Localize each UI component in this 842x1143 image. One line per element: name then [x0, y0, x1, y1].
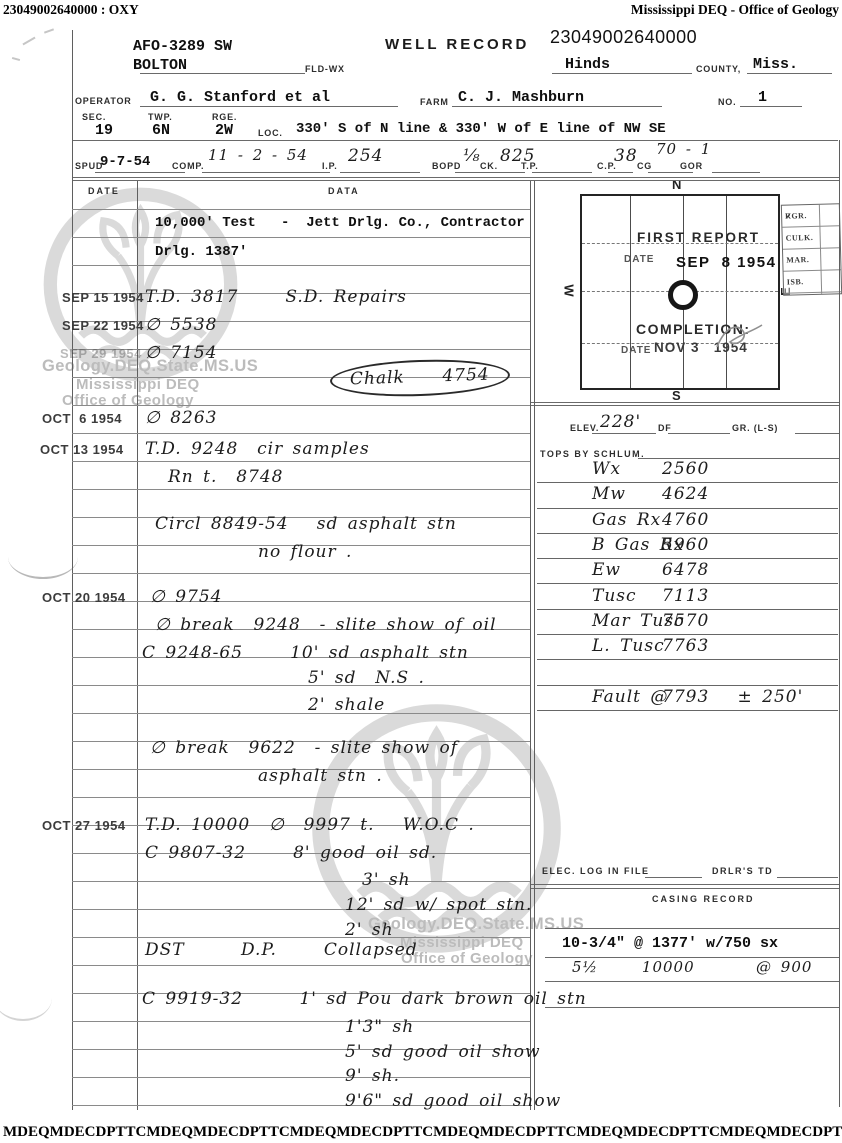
- form-rule-line: [95, 172, 185, 173]
- log-rule-line: [72, 237, 530, 238]
- tops-row: Wx2560: [537, 457, 838, 483]
- api-number: 23049002640000: [550, 27, 697, 48]
- log-entry-text: 2' sh: [345, 920, 394, 940]
- log-entry-text: ∅ 8263: [145, 408, 217, 428]
- operator-label: OPERATOR: [75, 96, 132, 106]
- footer-token: PTTC: [680, 1124, 720, 1141]
- scan-header-right: Mississippi DEQ - Office of Geology: [631, 2, 839, 18]
- form-rule-line: [530, 405, 840, 406]
- ip-value: 254: [348, 146, 383, 166]
- twp-label: TWP.: [148, 112, 173, 122]
- log-entry-text: 2' shale: [308, 695, 385, 715]
- log-date-stamp: OCT 6 1954: [42, 411, 122, 426]
- operator-name: G. G. Stanford et al: [150, 89, 330, 106]
- log-entry-text: ∅ 9754: [150, 587, 222, 607]
- form-border-line: [72, 30, 73, 1110]
- form-rule-line: [72, 177, 840, 178]
- gor-value: 70 - 1: [656, 140, 711, 158]
- well-no-label: NO.: [718, 97, 736, 107]
- routing-stamp-box: RGR.✓CULK.MAR.ISB.: [781, 203, 842, 296]
- loc-value: 330' S of N line & 330' W of E line of N…: [296, 121, 666, 137]
- tops-row: Fault @7793 ± 250': [537, 685, 838, 711]
- footer-token: MDECD: [766, 1124, 823, 1141]
- log-rule-line: [72, 573, 530, 574]
- routing-row: ISB.: [784, 270, 842, 293]
- log-entry-text: Drlg. 1387': [155, 244, 247, 260]
- log-entry-text: ∅ break 9248 - slite show of oil: [155, 615, 497, 635]
- form-rule-line: [530, 888, 840, 889]
- log-entry-text: C 9807-32 8' good oil sd.: [145, 843, 437, 863]
- well-location-marker: [668, 280, 698, 310]
- formation-name: Fault @: [592, 687, 668, 707]
- form-rule-line: [645, 877, 702, 878]
- footer-token: MDEQ: [290, 1124, 337, 1141]
- form-rule-line: [530, 884, 840, 885]
- formation-depth: 7793 ± 250': [662, 687, 803, 707]
- footer-token: MDECD: [623, 1124, 680, 1141]
- tops-row: Gas Rx4760: [537, 508, 838, 534]
- log-entry-text: ∅ 5538: [145, 315, 217, 335]
- casing-string-1: 10-3/4" @ 1377' w/750 sx: [562, 935, 778, 952]
- rge-value: 2W: [215, 122, 233, 139]
- log-entry-text: 10,000' Test - Jett Drlg. Co., Contracto…: [155, 215, 525, 231]
- scan-header-left: 23049002640000 : OXY: [3, 2, 139, 18]
- pencil-mark: [22, 37, 35, 46]
- formation-name: L. Tusc: [592, 636, 665, 656]
- log-rule-line: [72, 265, 530, 266]
- footer-token: MDEQ: [720, 1124, 767, 1141]
- scanned-well-record-page: 23049002640000 : OXY Mississippi DEQ - O…: [0, 0, 842, 1143]
- form-rule-line: [140, 73, 305, 74]
- formation-name: Gas Rx: [592, 510, 661, 530]
- formation-depth: 7570: [662, 611, 709, 631]
- log-data-header: DATA: [328, 186, 360, 196]
- footer-token: PTTC: [250, 1124, 290, 1141]
- df-label: DF: [658, 423, 672, 433]
- log-entry-text: ∅ break 9622 - slite show of: [150, 738, 458, 758]
- pencil-mark: [12, 57, 20, 61]
- routing-row: CULK.: [782, 226, 840, 249]
- log-date-stamp: SEP 15 1954: [62, 290, 144, 305]
- form-rule-line: [202, 172, 330, 173]
- log-rule-line: [72, 461, 530, 462]
- chalk-annotation-oval: Chalk 4754: [329, 357, 510, 399]
- spud-value: 9-7-54: [100, 154, 150, 170]
- plat-grid-line: [630, 196, 631, 388]
- log-rule-line: [72, 601, 530, 602]
- log-rule-line: [72, 797, 530, 798]
- spud-label: SPUD: [75, 161, 103, 171]
- signature-scribble: [695, 303, 765, 376]
- formation-name: Mw: [592, 484, 626, 504]
- form-rule-line: [777, 877, 838, 878]
- log-rule-line: [72, 1077, 530, 1078]
- well-no-value: 1: [758, 89, 767, 106]
- log-rule-line: [72, 1021, 530, 1022]
- rge-label: RGE.: [212, 112, 237, 122]
- drlrs-td-label: DRLR'S TD: [712, 866, 773, 876]
- form-rule-line: [712, 172, 760, 173]
- log-rule-line: [72, 713, 530, 714]
- form-rule-line: [140, 106, 398, 107]
- log-entry-text: C 9919-32 1' sd Pou dark brown oil stn: [142, 989, 587, 1009]
- form-rule-line: [740, 106, 802, 107]
- form-title: WELL RECORD: [385, 36, 529, 53]
- routing-check-mark: ✓: [785, 211, 792, 220]
- state-name: Miss.: [753, 56, 798, 73]
- formation-depth: 4760: [662, 510, 709, 530]
- footer-token: MDECD: [193, 1124, 250, 1141]
- tops-row: B Gas Rx5960: [537, 533, 838, 559]
- tops-row: Mw4624: [537, 482, 838, 508]
- form-rule-line: [530, 402, 840, 403]
- routing-row-label: CULK.: [786, 233, 814, 243]
- footer-token: MDECD: [50, 1124, 107, 1141]
- log-entry-text: T.D. 9248 cir samples: [145, 439, 370, 459]
- form-rule-line: [592, 433, 656, 434]
- field-name: BOLTON: [133, 57, 187, 74]
- routing-row-label: ISB.: [787, 277, 804, 286]
- watermark-office-text: Office of Geology: [62, 392, 194, 409]
- form-rule-line: [340, 172, 420, 173]
- footer-token: PTTC: [536, 1124, 576, 1141]
- log-entry-text: 5' sd N.S .: [308, 668, 425, 688]
- tp-label: T.P.: [521, 161, 539, 171]
- log-date-stamp: OCT 13 1954: [40, 442, 124, 457]
- scan-header: 23049002640000 : OXY Mississippi DEQ - O…: [3, 2, 839, 18]
- log-entry-text: 12' sd w/ spot stn.: [345, 895, 532, 915]
- formation-depth: 7113: [662, 586, 709, 606]
- footer-token: MDECD: [480, 1124, 537, 1141]
- footer-token: MDEQ: [576, 1124, 623, 1141]
- form-rule-line: [795, 433, 839, 434]
- tops-row: Tusc7113: [537, 584, 838, 610]
- form-rule-line: [545, 981, 839, 982]
- log-date-stamp: OCT 20 1954: [42, 590, 126, 605]
- log-entry-text: 5' sd good oil show: [345, 1042, 541, 1062]
- tops-row: Mar Tusc7570: [537, 609, 838, 635]
- formation-depth: 4624: [662, 484, 709, 504]
- cp-value: 38: [614, 146, 638, 166]
- field-label: FLD-WX: [305, 64, 345, 74]
- formation-name: Wx: [592, 459, 621, 479]
- log-rule-line: [72, 433, 530, 434]
- form-border-line: [530, 181, 531, 1110]
- farm-label: FARM: [420, 97, 449, 107]
- footer-token: MDEQ: [3, 1124, 50, 1141]
- elev-value: 228': [600, 412, 641, 432]
- form-rule-line: [72, 140, 838, 141]
- footer-strip: MDEQMDECDPTTCMDEQMDECDPTTCMDEQMDECDPTTCM…: [0, 1124, 842, 1141]
- form-rule-line: [545, 957, 839, 958]
- form-rule-line: [72, 180, 840, 181]
- cg-label: CG: [637, 161, 652, 171]
- log-entry-text: asphalt stn .: [258, 766, 383, 786]
- ip-label: I.P.: [322, 161, 338, 171]
- well-id: AFO-3289 SW: [133, 38, 232, 55]
- log-entry-text: T.D. 3817 S.D. Repairs: [145, 287, 407, 307]
- log-rule-line: [72, 937, 530, 938]
- routing-row: MAR.: [783, 248, 841, 271]
- formation-depth: 2560: [662, 459, 709, 479]
- log-date-stamp: OCT 27 1954: [42, 818, 126, 833]
- log-rule-line: [72, 489, 530, 490]
- elev-label: ELEV.: [570, 423, 599, 433]
- county-label: COUNTY,: [696, 64, 741, 74]
- log-rule-line: [72, 965, 530, 966]
- log-rule-line: [72, 881, 530, 882]
- punch-hole-ghost: [8, 535, 78, 579]
- form-border-line: [534, 181, 535, 1110]
- bopd-label: BOPD: [432, 161, 461, 171]
- casing-record-title: CASING RECORD: [652, 894, 755, 904]
- formation-depth: 7763: [662, 636, 709, 656]
- footer-token: PTTC: [823, 1124, 842, 1141]
- footer-token: PTTC: [393, 1124, 433, 1141]
- first-report-date: SEP 8 1954: [676, 254, 776, 271]
- log-entry-text: DST D.P. Collapsed: [145, 940, 418, 960]
- tops-row: L. Tusc7763: [537, 634, 838, 660]
- tops-row: Ew6478: [537, 558, 838, 584]
- form-rule-line: [455, 172, 525, 173]
- form-rule-line: [668, 433, 730, 434]
- log-entry-text: 1'3" sh: [345, 1017, 414, 1037]
- choke-value: ⅛: [463, 146, 480, 166]
- first-report-stamp: FIRST REPORT: [637, 230, 760, 245]
- log-date-header: DATE: [88, 186, 120, 196]
- log-date-stamp: SEP 22 1954: [62, 318, 144, 333]
- footer-token: PTTC: [106, 1124, 146, 1141]
- log-rule-line: [72, 685, 530, 686]
- completion-date-label: DATE: [621, 345, 651, 356]
- punch-hole-ghost: [0, 975, 52, 1021]
- sec-label: SEC.: [82, 112, 106, 122]
- form-rule-line: [452, 106, 662, 107]
- footer-token: MDEQ: [146, 1124, 193, 1141]
- compass-south: S: [672, 388, 681, 403]
- form-border-line: [839, 140, 840, 1107]
- casing-string-2: 5½ 10000 @ 900: [572, 958, 812, 976]
- log-rule-line: [72, 405, 530, 406]
- log-entry-text: T.D. 10000 ∅ 9997 t. W.O.C .: [145, 815, 475, 835]
- twp-value: 6N: [152, 122, 170, 139]
- compass-west: W: [562, 284, 577, 296]
- log-entry-text: 3' sh: [362, 870, 411, 890]
- county-name: Hinds: [565, 56, 610, 73]
- sec-value: 19: [95, 122, 113, 139]
- gor-label: GOR: [680, 161, 703, 171]
- form-rule-line: [648, 172, 693, 173]
- watermark-url-text: Geology.DEQ.State.MS.US: [368, 915, 584, 934]
- comp-label: COMP.: [172, 161, 204, 171]
- log-entry-text: Rn t. 8748: [168, 467, 283, 487]
- formation-depth: 6478: [662, 560, 709, 580]
- log-date-stamp: SEP 29 1954: [60, 346, 142, 361]
- log-entry-text: C 9248-65 10' sd asphalt stn: [142, 643, 469, 663]
- footer-token: MDEQ: [433, 1124, 480, 1141]
- form-rule-line: [552, 73, 692, 74]
- form-rule-line: [747, 73, 832, 74]
- log-rule-line: [72, 209, 530, 210]
- form-rule-line: [608, 172, 633, 173]
- routing-row-label: MAR.: [786, 255, 809, 265]
- elec-log-label: ELEC. LOG IN FILE: [542, 866, 650, 876]
- log-entry-text: 9'6" sd good oil show: [345, 1091, 561, 1111]
- ck-label: CK.: [480, 161, 498, 171]
- comp-value: 11 - 2 - 54: [208, 146, 308, 164]
- formation-depth: 5960: [662, 535, 709, 555]
- first-report-date-label: DATE: [624, 254, 654, 265]
- form-rule-line: [532, 172, 592, 173]
- log-entry-text: 9' sh.: [345, 1066, 400, 1086]
- loc-label: LOC.: [258, 128, 283, 138]
- pencil-mark: [44, 28, 54, 33]
- log-entry-text: no flour .: [258, 542, 352, 562]
- farm-name: C. J. Mashburn: [458, 89, 584, 106]
- footer-token: MDECD: [336, 1124, 393, 1141]
- tops-row: [537, 659, 838, 685]
- form-rule-line: [545, 928, 839, 929]
- form-rule-line: [545, 1007, 839, 1008]
- formation-name: Tusc: [592, 586, 637, 606]
- log-entry-text: Circl 8849-54 sd asphalt stn: [155, 514, 457, 534]
- formation-name: Ew: [592, 560, 621, 580]
- gr-label: GR. (L-S): [732, 423, 778, 433]
- log-entry-text: ∅ 7154: [145, 343, 217, 363]
- routing-row: RGR.✓: [782, 204, 840, 227]
